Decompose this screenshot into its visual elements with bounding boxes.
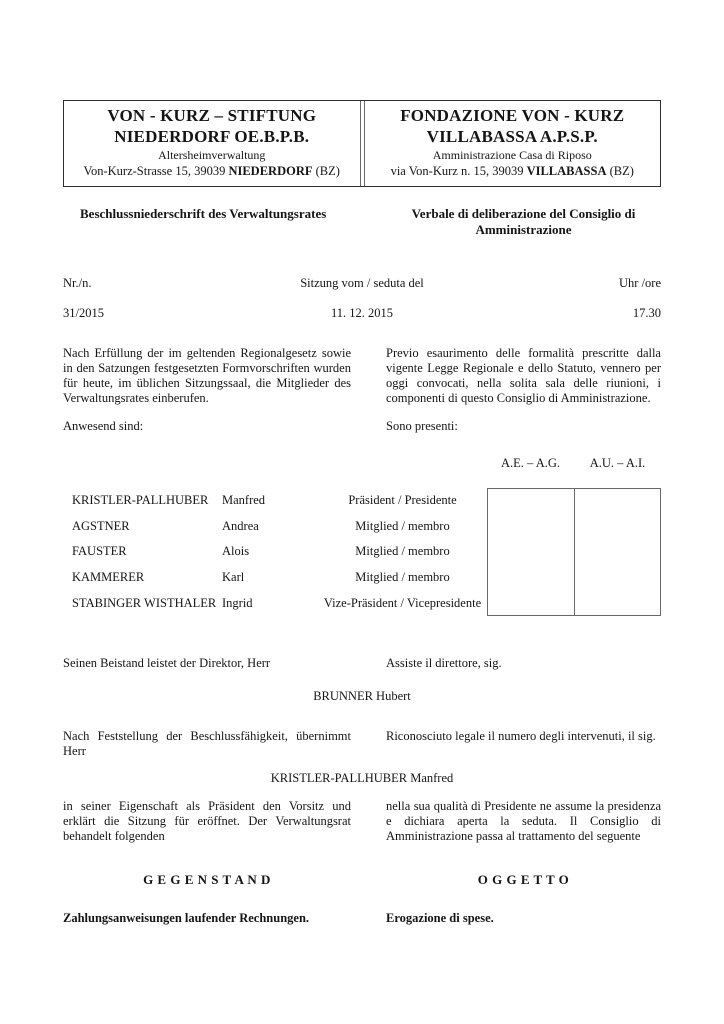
document-page: VON - KURZ – STIFTUNG NIEDERDORF OE.B.P.…	[0, 0, 724, 1024]
member-given-name: Karl	[222, 570, 318, 585]
org-address-it-post: (BZ)	[606, 164, 633, 178]
meta-value-session-date: 11. 12. 2015	[233, 306, 491, 321]
vote-header-au-ai: A.U. – A.I.	[574, 456, 661, 471]
letterhead-italian: FONDAZIONE VON - KURZ VILLABASSA A.P.S.P…	[364, 101, 661, 186]
table-row: KRISTLER-PALLHUBER Manfred Präsident / P…	[72, 488, 487, 514]
vote-header-spacer	[63, 456, 487, 471]
org-address-de: Von-Kurz-Strasse 15, 39039 NIEDERDORF (B…	[67, 163, 357, 179]
vote-header-ae-ag: A.E. – A.G.	[487, 456, 574, 471]
org-address-de-city: NIEDERDORF	[228, 164, 312, 178]
member-given-name: Andrea	[222, 519, 318, 534]
doc-title-italian: Verbale di deliberazione del Consiglio d…	[386, 206, 661, 238]
table-row: AGSTNER Andrea Mitglied / membro	[72, 514, 487, 540]
convocation-german: Nach Erfüllung der im geltenden Regional…	[63, 346, 351, 406]
member-surname: STABINGER WISTHALER	[72, 596, 222, 611]
org-name-it-line2: VILLABASSA A.P.S.P.	[368, 126, 658, 147]
member-given-name: Ingrid	[222, 596, 318, 611]
org-address-de-post: (BZ)	[313, 164, 340, 178]
attendance-table: KRISTLER-PALLHUBER Manfred Präsident / P…	[63, 488, 487, 616]
presidency-german: in seiner Eigenschaft als Präsident den …	[63, 799, 351, 844]
member-role: Vize-Präsident / Vicepresidente	[318, 596, 487, 611]
quorum-german: Nach Feststellung der Beschlussfähigkeit…	[63, 729, 351, 759]
presence-cell-ae-ag	[488, 489, 575, 615]
letterhead-german: VON - KURZ – STIFTUNG NIEDERDORF OE.B.P.…	[64, 101, 361, 186]
subject-heading-german: G E G E N S T A N D	[63, 872, 351, 887]
present-labels-row: Anwesend sind: Sono presenti:	[63, 419, 661, 434]
quorum-italian: Riconosciuto legale il numero degli inte…	[386, 729, 661, 759]
meta-value-number: 31/2015	[63, 306, 233, 321]
present-label-italian: Sono presenti:	[386, 419, 661, 434]
director-row: Seinen Beistand leistet der Direktor, He…	[63, 656, 661, 671]
org-name-de-line1: VON - KURZ – STIFTUNG	[67, 105, 357, 126]
org-subtitle-it: Amministrazione Casa di Riposo	[368, 148, 658, 163]
presidency-italian: nella sua qualità di Presidente ne assum…	[386, 799, 661, 844]
member-role: Mitglied / membro	[318, 544, 487, 559]
meta-value-time: 17.30	[491, 306, 661, 321]
member-role: Präsident / Presidente	[318, 493, 487, 508]
present-label-german: Anwesend sind:	[63, 419, 351, 434]
meta-label-session-date: Sitzung vom / seduta del	[233, 276, 491, 291]
quorum-row: Nach Feststellung der Beschlussfähigkeit…	[63, 729, 661, 759]
presence-grid	[487, 488, 661, 616]
member-given-name: Manfred	[222, 493, 318, 508]
org-address-de-pre: Von-Kurz-Strasse 15, 39039	[84, 164, 229, 178]
meta-values-row: 31/2015 11. 12. 2015 17.30	[63, 306, 661, 321]
meta-label-number: Nr./n.	[63, 276, 233, 291]
org-address-it-city: VILLABASSA	[527, 164, 607, 178]
doc-title-german: Beschlussniederschrift des Verwaltungsra…	[63, 206, 351, 238]
member-surname: AGSTNER	[72, 519, 222, 534]
org-address-it: via Von-Kurz n. 15, 39039 VILLABASSA (BZ…	[368, 163, 658, 179]
subject-row: Zahlungsanweisungen laufender Rechnungen…	[63, 911, 661, 926]
meta-label-time: Uhr /ore	[491, 276, 661, 291]
member-surname: KAMMERER	[72, 570, 222, 585]
table-row: KAMMERER Karl Mitglied / membro	[72, 565, 487, 591]
presence-cell-au-ai	[575, 489, 661, 615]
director-label-italian: Assiste il direttore, sig.	[386, 656, 661, 671]
director-name: BRUNNER Hubert	[63, 689, 661, 704]
president-name: KRISTLER-PALLHUBER Manfred	[63, 771, 661, 786]
org-name-it-line1: FONDAZIONE VON - KURZ	[368, 105, 658, 126]
subject-text-italian: Erogazione di spese.	[386, 911, 661, 926]
member-role: Mitglied / membro	[318, 519, 487, 534]
meta-labels-row: Nr./n. Sitzung vom / seduta del Uhr /ore	[63, 276, 661, 291]
vote-column-headers: A.E. – A.G. A.U. – A.I.	[63, 456, 661, 471]
subject-heading-italian: O G G E T T O	[386, 872, 661, 887]
subject-text-german: Zahlungsanweisungen laufender Rechnungen…	[63, 911, 351, 926]
convocation-paragraphs: Nach Erfüllung der im geltenden Regional…	[63, 346, 661, 406]
document-titles: Beschlussniederschrift des Verwaltungsra…	[63, 206, 661, 238]
letterhead: VON - KURZ – STIFTUNG NIEDERDORF OE.B.P.…	[63, 100, 661, 187]
subject-headings: G E G E N S T A N D O G G E T T O	[63, 872, 661, 887]
member-surname: FAUSTER	[72, 544, 222, 559]
org-subtitle-de: Altersheimverwaltung	[67, 148, 357, 163]
org-address-it-pre: via Von-Kurz n. 15, 39039	[391, 164, 527, 178]
director-label-german: Seinen Beistand leistet der Direktor, He…	[63, 656, 351, 671]
convocation-italian: Previo esaurimento delle formalità presc…	[386, 346, 661, 406]
member-surname: KRISTLER-PALLHUBER	[72, 493, 222, 508]
presidency-paragraphs: in seiner Eigenschaft als Präsident den …	[63, 799, 661, 844]
attendance-section: KRISTLER-PALLHUBER Manfred Präsident / P…	[63, 488, 661, 616]
member-given-name: Alois	[222, 544, 318, 559]
member-role: Mitglied / membro	[318, 570, 487, 585]
org-name-de-line2: NIEDERDORF OE.B.P.B.	[67, 126, 357, 147]
table-row: FAUSTER Alois Mitglied / membro	[72, 539, 487, 565]
table-row: STABINGER WISTHALER Ingrid Vize-Präsiden…	[72, 590, 487, 616]
